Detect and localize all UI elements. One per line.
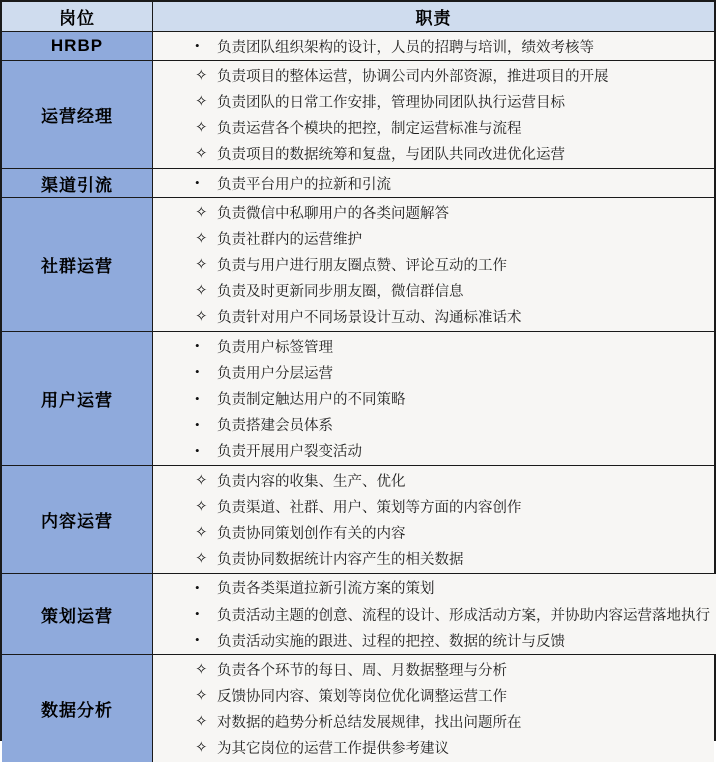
duty-text: 为其它岗位的运营工作提供参考建议 bbox=[217, 737, 449, 758]
duty-cell: ✧负责内容的收集、生产、优化✧负责渠道、社群、用户、策划等方面的内容创作✧负责协… bbox=[153, 466, 714, 573]
duty-text: 负责平台用户的拉新和引流 bbox=[217, 173, 391, 194]
duty-text: 负责团队组织架构的设计，人员的招聘与培训，绩效考核等 bbox=[217, 36, 594, 57]
dot-bullet-icon: • bbox=[195, 38, 217, 54]
duty-item: ✧负责针对用户不同场景设计互动、沟通标准话术 bbox=[153, 304, 708, 330]
diamond-bullet-icon: ✧ bbox=[195, 229, 217, 248]
duty-item: ✧负责及时更新同步朋友圈，微信群信息 bbox=[153, 278, 708, 304]
duty-cell: ✧负责项目的整体运营，协调公司内外部资源，推进项目的开展✧负责团队的日常工作安排… bbox=[153, 61, 714, 168]
duty-text: 负责协同数据统计内容产生的相关数据 bbox=[217, 548, 464, 569]
table-row: HRBP•负责团队组织架构的设计，人员的招聘与培训，绩效考核等 bbox=[2, 32, 714, 61]
table-body: HRBP•负责团队组织架构的设计，人员的招聘与培训，绩效考核等运营经理✧负责项目… bbox=[2, 32, 714, 762]
duty-text: 负责开展用户裂变活动 bbox=[217, 440, 362, 461]
duty-item: •负责各类渠道拉新引流方案的策划 bbox=[153, 575, 710, 601]
duty-item: •负责搭建会员体系 bbox=[153, 412, 708, 438]
duty-text: 反馈协同内容、策划等岗位优化调整运营工作 bbox=[217, 685, 507, 706]
duty-text: 负责内容的收集、生产、优化 bbox=[217, 470, 406, 491]
duty-item: •负责用户标签管理 bbox=[153, 333, 708, 359]
dot-bullet-icon: • bbox=[195, 580, 217, 596]
duty-text: 负责活动主题的创意、流程的设计、形成活动方案，并协助内容运营落地执行 bbox=[217, 604, 710, 625]
duty-item: ✧对数据的趋势分析总结发展规律，找出问题所在 bbox=[153, 709, 708, 735]
duty-item: ✧负责社群内的运营维护 bbox=[153, 225, 708, 251]
diamond-bullet-icon: ✧ bbox=[195, 471, 217, 490]
duty-text: 负责团队的日常工作安排，管理协同团队执行运营目标 bbox=[217, 91, 565, 112]
duty-item: ✧负责渠道、社群、用户、策划等方面的内容创作 bbox=[153, 493, 708, 519]
diamond-bullet-icon: ✧ bbox=[195, 549, 217, 568]
diamond-bullet-icon: ✧ bbox=[195, 660, 217, 679]
diamond-bullet-icon: ✧ bbox=[195, 497, 217, 516]
position-cell: 内容运营 bbox=[2, 466, 153, 573]
table-row: 用户运营•负责用户标签管理•负责用户分层运营•负责制定触达用户的不同策略•负责搭… bbox=[2, 332, 714, 466]
table-row: 运营经理✧负责项目的整体运营，协调公司内外部资源，推进项目的开展✧负责团队的日常… bbox=[2, 61, 714, 169]
diamond-bullet-icon: ✧ bbox=[195, 686, 217, 705]
position-cell: 运营经理 bbox=[2, 61, 153, 168]
duty-cell: ✧负责各个环节的每日、周、月数据整理与分析✧反馈协同内容、策划等岗位优化调整运营… bbox=[153, 655, 714, 762]
duty-item: ✧负责项目的整体运营，协调公司内外部资源，推进项目的开展 bbox=[153, 62, 708, 88]
dot-bullet-icon: • bbox=[195, 632, 217, 648]
duty-text: 负责制定触达用户的不同策略 bbox=[217, 388, 406, 409]
duty-text: 负责协同策划创作有关的内容 bbox=[217, 522, 406, 543]
diamond-bullet-icon: ✧ bbox=[195, 144, 217, 163]
position-cell: 社群运营 bbox=[2, 198, 153, 331]
position-cell: 用户运营 bbox=[2, 332, 153, 465]
diamond-bullet-icon: ✧ bbox=[195, 118, 217, 137]
duty-text: 负责项目的数据统筹和复盘，与团队共同改进优化运营 bbox=[217, 143, 565, 164]
diamond-bullet-icon: ✧ bbox=[195, 66, 217, 85]
position-column-header: 岗位 bbox=[2, 2, 153, 31]
duty-item: ✧负责微信中私聊用户的各类问题解答 bbox=[153, 199, 708, 225]
duty-item: ✧负责各个环节的每日、周、月数据整理与分析 bbox=[153, 656, 708, 682]
duty-text: 负责项目的整体运营，协调公司内外部资源，推进项目的开展 bbox=[217, 65, 609, 86]
duty-text: 负责各个环节的每日、周、月数据整理与分析 bbox=[217, 659, 507, 680]
duty-text: 负责针对用户不同场景设计互动、沟通标准话术 bbox=[217, 306, 522, 327]
diamond-bullet-icon: ✧ bbox=[195, 307, 217, 326]
position-cell: 策划运营 bbox=[2, 574, 153, 655]
duty-cell: •负责各类渠道拉新引流方案的策划•负责活动主题的创意、流程的设计、形成活动方案，… bbox=[153, 574, 716, 655]
duty-item: ✧反馈协同内容、策划等岗位优化调整运营工作 bbox=[153, 683, 708, 709]
dot-bullet-icon: • bbox=[195, 338, 217, 354]
dot-bullet-icon: • bbox=[195, 391, 217, 407]
duty-item: •负责开展用户裂变活动 bbox=[153, 438, 708, 464]
duty-item: ✧负责与用户进行朋友圈点赞、评论互动的工作 bbox=[153, 252, 708, 278]
duty-cell: ✧负责微信中私聊用户的各类问题解答✧负责社群内的运营维护✧负责与用户进行朋友圈点… bbox=[153, 198, 714, 331]
table-row: 内容运营✧负责内容的收集、生产、优化✧负责渠道、社群、用户、策划等方面的内容创作… bbox=[2, 466, 714, 574]
duty-item: ✧负责内容的收集、生产、优化 bbox=[153, 467, 708, 493]
duty-text: 负责用户分层运营 bbox=[217, 362, 333, 383]
dot-bullet-icon: • bbox=[195, 175, 217, 191]
duty-text: 负责渠道、社群、用户、策划等方面的内容创作 bbox=[217, 496, 522, 517]
duty-text: 负责社群内的运营维护 bbox=[217, 228, 362, 249]
duty-text: 负责各类渠道拉新引流方案的策划 bbox=[217, 577, 435, 598]
duty-item: ✧负责团队的日常工作安排，管理协同团队执行运营目标 bbox=[153, 88, 708, 114]
duty-item: •负责活动主题的创意、流程的设计、形成活动方案，并协助内容运营落地执行 bbox=[153, 601, 710, 627]
dot-bullet-icon: • bbox=[195, 606, 217, 622]
dot-bullet-icon: • bbox=[195, 417, 217, 433]
duty-item: •负责平台用户的拉新和引流 bbox=[153, 170, 708, 196]
diamond-bullet-icon: ✧ bbox=[195, 92, 217, 111]
duty-item: ✧为其它岗位的运营工作提供参考建议 bbox=[153, 735, 708, 761]
duty-column-header: 职责 bbox=[153, 2, 714, 31]
duty-item: ✧负责协同数据统计内容产生的相关数据 bbox=[153, 546, 708, 572]
position-cell: 数据分析 bbox=[2, 655, 153, 762]
table-row: 数据分析✧负责各个环节的每日、周、月数据整理与分析✧反馈协同内容、策划等岗位优化… bbox=[2, 655, 714, 762]
diamond-bullet-icon: ✧ bbox=[195, 281, 217, 300]
duty-cell: •负责平台用户的拉新和引流 bbox=[153, 169, 714, 197]
duty-item: •负责制定触达用户的不同策略 bbox=[153, 385, 708, 411]
diamond-bullet-icon: ✧ bbox=[195, 738, 217, 757]
diamond-bullet-icon: ✧ bbox=[195, 712, 217, 731]
duty-text: 负责及时更新同步朋友圈，微信群信息 bbox=[217, 280, 464, 301]
duty-text: 负责运营各个模块的把控，制定运营标准与流程 bbox=[217, 117, 522, 138]
diamond-bullet-icon: ✧ bbox=[195, 523, 217, 542]
table-row: 渠道引流•负责平台用户的拉新和引流 bbox=[2, 169, 714, 198]
duty-text: 负责用户标签管理 bbox=[217, 336, 333, 357]
duty-item: •负责活动实施的跟进、过程的把控、数据的统计与反馈 bbox=[153, 627, 710, 653]
position-cell: 渠道引流 bbox=[2, 169, 153, 197]
dot-bullet-icon: • bbox=[195, 443, 217, 459]
table-row: 策划运营•负责各类渠道拉新引流方案的策划•负责活动主题的创意、流程的设计、形成活… bbox=[2, 574, 714, 656]
job-duty-table: 岗位 职责 HRBP•负责团队组织架构的设计，人员的招聘与培训，绩效考核等运营经… bbox=[0, 0, 716, 741]
duty-text: 负责与用户进行朋友圈点赞、评论互动的工作 bbox=[217, 254, 507, 275]
duty-cell: •负责用户标签管理•负责用户分层运营•负责制定触达用户的不同策略•负责搭建会员体… bbox=[153, 332, 714, 465]
duty-item: •负责用户分层运营 bbox=[153, 359, 708, 385]
duty-item: ✧负责项目的数据统筹和复盘，与团队共同改进优化运营 bbox=[153, 141, 708, 167]
duty-cell: •负责团队组织架构的设计，人员的招聘与培训，绩效考核等 bbox=[153, 32, 714, 60]
duty-text: 负责搭建会员体系 bbox=[217, 414, 333, 435]
duty-item: ✧负责协同策划创作有关的内容 bbox=[153, 519, 708, 545]
duty-text: 负责微信中私聊用户的各类问题解答 bbox=[217, 202, 449, 223]
table-header-row: 岗位 职责 bbox=[2, 2, 714, 32]
dot-bullet-icon: • bbox=[195, 364, 217, 380]
duty-text: 负责活动实施的跟进、过程的把控、数据的统计与反馈 bbox=[217, 630, 565, 651]
duty-item: ✧负责运营各个模块的把控，制定运营标准与流程 bbox=[153, 115, 708, 141]
duty-item: •负责团队组织架构的设计，人员的招聘与培训，绩效考核等 bbox=[153, 33, 708, 59]
table-row: 社群运营✧负责微信中私聊用户的各类问题解答✧负责社群内的运营维护✧负责与用户进行… bbox=[2, 198, 714, 332]
position-cell: HRBP bbox=[2, 32, 153, 60]
diamond-bullet-icon: ✧ bbox=[195, 203, 217, 222]
duty-text: 对数据的趋势分析总结发展规律，找出问题所在 bbox=[217, 711, 522, 732]
diamond-bullet-icon: ✧ bbox=[195, 255, 217, 274]
